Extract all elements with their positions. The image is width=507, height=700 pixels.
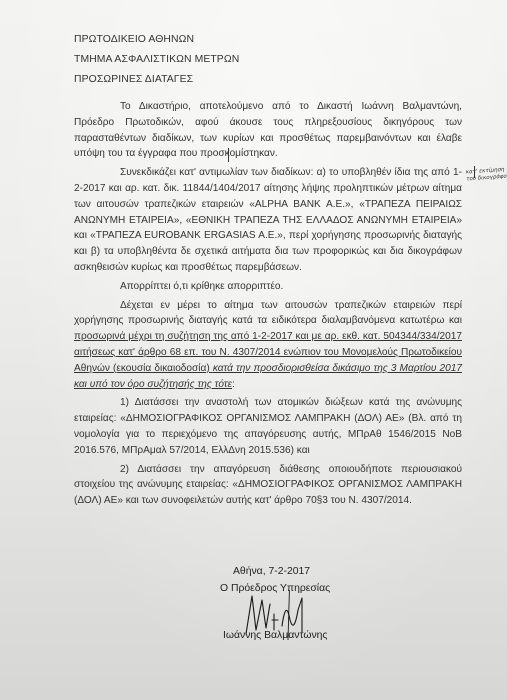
court-name: ΠΡΩΤΟΔΙΚΕΙΟ ΑΘΗΝΩΝ [74,30,239,50]
paragraph-joint-hearing: Συνεκδικάζει κατ' αντιμωλίαν των διαδίκω… [74,165,462,276]
section-name: ΠΡΟΣΩΡΙΝΕΣ ΔΙΑΤΑΓΕΣ [74,70,239,90]
document-header: ΠΡΩΤΟΔΙΚΕΙΟ ΑΘΗΝΩΝ ΤΜΗΜΑ ΑΣΦΑΛΙΣΤΙΚΩΝ ΜΕ… [74,30,239,90]
department-name: ΤΜΗΜΑ ΑΣΦΑΛΙΣΤΙΚΩΝ ΜΕΤΡΩΝ [74,50,239,70]
place-and-date: Αθήνα, 7-2-2017 [233,564,310,580]
paragraph-court-composition: Το Δικαστήριο, αποτελούμενο από το Δικασ… [74,99,462,162]
paragraph-rejection: Απορρίπτει ό,τι κρίθηκε απορριπτέο. [74,279,462,295]
acceptance-colon: : [232,379,235,390]
paragraph-order-1: 1) Διατάσσει την αναστολή των ατομικών δ… [74,395,462,458]
document-body: Το Δικαστήριο, αποτελούμενο από το Δικασ… [74,99,462,512]
handwritten-margin-note: κατ' εκτίμηση του δικογράφου [466,166,507,183]
acceptance-text: Δέχεται εν μέρει το αίτημα των αιτουσών … [74,300,462,327]
paragraph-order-2: 2) Διατάσσει την απαγόρευση διάθεσης οπο… [74,462,462,509]
document-page: ΠΡΩΤΟΔΙΚΕΙΟ ΑΘΗΝΩΝ ΤΜΗΜΑ ΑΣΦΑΛΙΣΤΙΚΩΝ ΜΕ… [0,0,507,700]
insertion-mark-icon [228,148,229,162]
paragraph-partial-acceptance: Δέχεται εν μέρει το αίτημα των αιτουσών … [74,298,462,393]
handwritten-signature-icon [238,590,328,640]
